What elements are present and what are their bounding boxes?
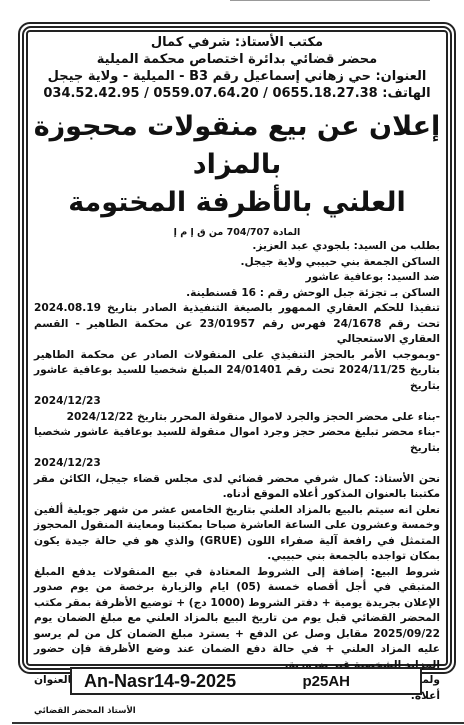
title-line-1: إعلان عن بيع منقولات محجوزة بالمزاد	[30, 108, 444, 184]
bailiff-role: محضر قضائي بدائرة اختصاص محكمة الميلية	[30, 51, 444, 68]
inventory-report: -بناء على محضر الحجز والجرد لاموال منقول…	[34, 410, 440, 426]
requester-address: الساكن الجمعة بني حبيبي ولاية جيجل.	[34, 255, 440, 271]
signature: الأستاذ المحضر القضائي	[30, 706, 444, 716]
header-block: مكتب الأستاذ: شرفي كمال محضر قضائي بدائر…	[30, 34, 444, 102]
page-code: p25AH	[302, 673, 350, 690]
phone-label: الهاتف:	[382, 86, 430, 101]
seizure-order-date: 2024/12/23	[34, 394, 440, 410]
title-line-2: العلني بالأظرفة المختومة	[30, 184, 444, 222]
notice-body: بطلب من السيد: بلجودي عبد العزيز. الساكن…	[30, 239, 444, 704]
office-name: مكتب الأستاذ: شرفي كمال	[30, 34, 444, 51]
top-rule	[230, 0, 430, 1]
defendant-address: الساكن بـ تجزئة جبل الوحش رقم : 16 قسنطي…	[34, 286, 440, 302]
publication-date: An-Nasr14-9-2025	[84, 671, 236, 692]
notification-date: 2024/12/23	[34, 456, 440, 472]
defendant: ضد السيد: بوعافية عاشور	[34, 270, 440, 286]
phone-line: الهاتف: 034.52.42.95 / 0559.07.64.20 / 0…	[30, 85, 444, 102]
bottom-rule	[12, 722, 464, 724]
publication-footer: An-Nasr14-9-2025 p25AH	[70, 667, 422, 695]
judgment-reference: تنفيذا للحكم العقاري الممهور بالصيغة الت…	[34, 301, 440, 348]
sale-announcement: نعلن انه سيتم بالبيع بالمزاد العلني بتار…	[34, 503, 440, 565]
phone-numbers: 034.52.42.95 / 0559.07.64.20 / 0655.18.2…	[43, 86, 377, 101]
notification-report: -بناء محضر تبليغ محضر حجز وجرد اموال منق…	[34, 425, 440, 456]
sale-conditions: شروط البيع: إضافة إلى الشروط المعتادة في…	[34, 565, 440, 674]
legal-article: المادة 704/707 من ق إ م إ	[30, 226, 444, 239]
notice-title: إعلان عن بيع منقولات محجوزة بالمزاد العل…	[30, 108, 444, 222]
bailiff-statement: نحن الأستاذ: كمال شرفي محضر قضائي لدى مج…	[34, 472, 440, 503]
office-address: العنوان: حي زهاني إسماعيل رقم B3 - الميل…	[30, 68, 444, 85]
seizure-order: -وبموجب الأمر بالحجز التنفيذي على المنقو…	[34, 348, 440, 395]
requester: بطلب من السيد: بلجودي عبد العزيز.	[34, 239, 440, 255]
notice-content: مكتب الأستاذ: شرفي كمال محضر قضائي بدائر…	[30, 34, 444, 664]
